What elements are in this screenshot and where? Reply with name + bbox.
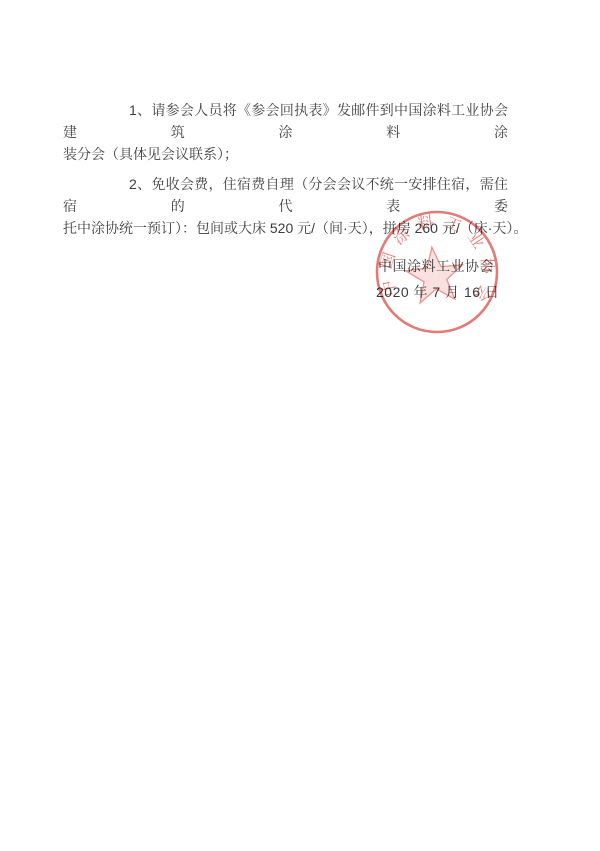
star-icon: [403, 244, 465, 304]
paragraph-1: 1、请参会人员将《参会回执表》发邮件到中国涂料工业协会建筑涂料涂 装分会（具体见…: [63, 99, 508, 165]
scanned-document-page: 1、请参会人员将《参会回执表》发邮件到中国涂料工业协会建筑涂料涂 装分会（具体见…: [0, 0, 600, 851]
paragraph-1-line-2: 装分会（具体见会议联系）；: [63, 143, 508, 165]
official-seal-stamp: 中国涂料工业协会: [356, 191, 518, 353]
paragraph-1-line-1: 1、请参会人员将《参会回执表》发邮件到中国涂料工业协会建筑涂料涂: [63, 99, 508, 143]
